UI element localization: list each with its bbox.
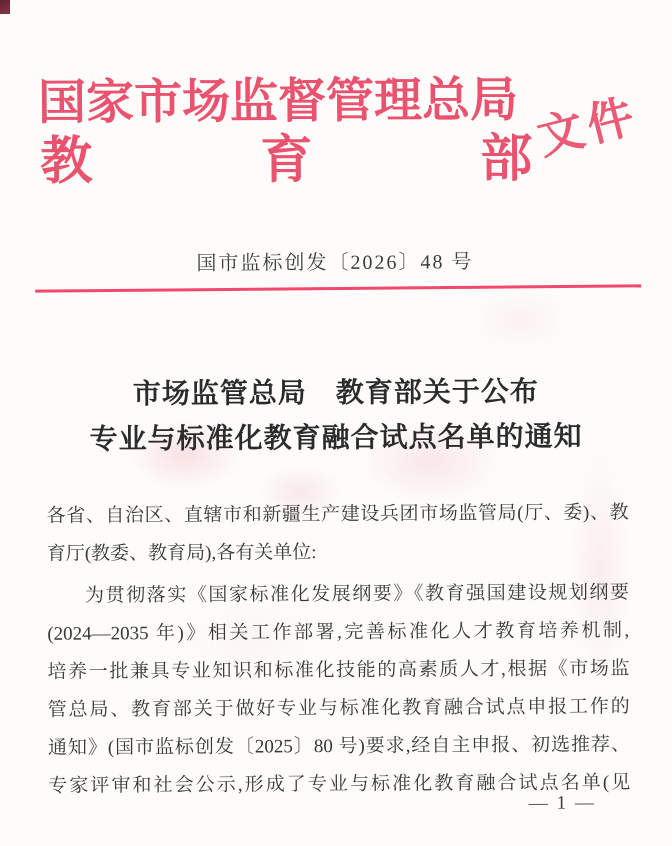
document-word-stamp: 文件	[530, 79, 645, 168]
document-reference-number: 国市监标创发〔2026〕48 号	[0, 244, 671, 277]
body-line-6: 管总局、教育部关于做好专业与标准化教育融合试点申报工作的	[48, 688, 630, 730]
body-line-7: 通知》(国市监标创发〔2025〕80 号)要求,经自主申报、初选推荐、	[48, 726, 630, 768]
page-number: — 1 —	[502, 792, 622, 815]
document-content: 国家市场监督管理总局 教 育 部 文件 国市监标创发〔2026〕48 号 市场监…	[0, 0, 672, 846]
scanned-document-page: 国家市场监督管理总局 教 育 部 文件 国市监标创发〔2026〕48 号 市场监…	[0, 0, 672, 846]
body-line-4: (2024—2035 年)》相关工作部署,完善标准化人才教育培养机制,	[47, 612, 629, 654]
red-divider-rule	[35, 284, 641, 292]
document-body: 各省、自治区、直辖市和新疆生产建设兵团市场监管局(厅、委)、教 育厅(教委、教育…	[46, 494, 630, 806]
agency-char: 育	[260, 134, 312, 189]
document-title: 市场监管总局 教育部关于公布 专业与标准化教育融合试点名单的通知	[0, 369, 672, 463]
agency-char: 教	[40, 135, 92, 190]
document-title-line1: 市场监管总局 教育部关于公布	[0, 369, 672, 418]
issuing-agency-line2: 教 育 部	[40, 133, 532, 191]
body-line-3: 为贯彻落实《国家标准化发展纲要》《教育强国建设规划纲要	[47, 574, 629, 616]
agency-char: 部	[480, 133, 532, 188]
body-line-1: 各省、自治区、直辖市和新疆生产建设兵团市场监管局(厅、委)、教	[46, 494, 628, 536]
body-line-2: 育厅(教委、教育局),各有关单位:	[47, 532, 629, 574]
document-title-line2: 专业与标准化教育融合试点名单的通知	[0, 414, 672, 463]
issuing-agency-line1: 国家市场监督管理总局	[38, 61, 518, 133]
letterhead: 国家市场监督管理总局 教 育 部 文件	[0, 0, 669, 2]
body-line-5: 培养一批兼具专业知识和标准化技能的高素质人才,根据《市场监	[47, 650, 629, 692]
